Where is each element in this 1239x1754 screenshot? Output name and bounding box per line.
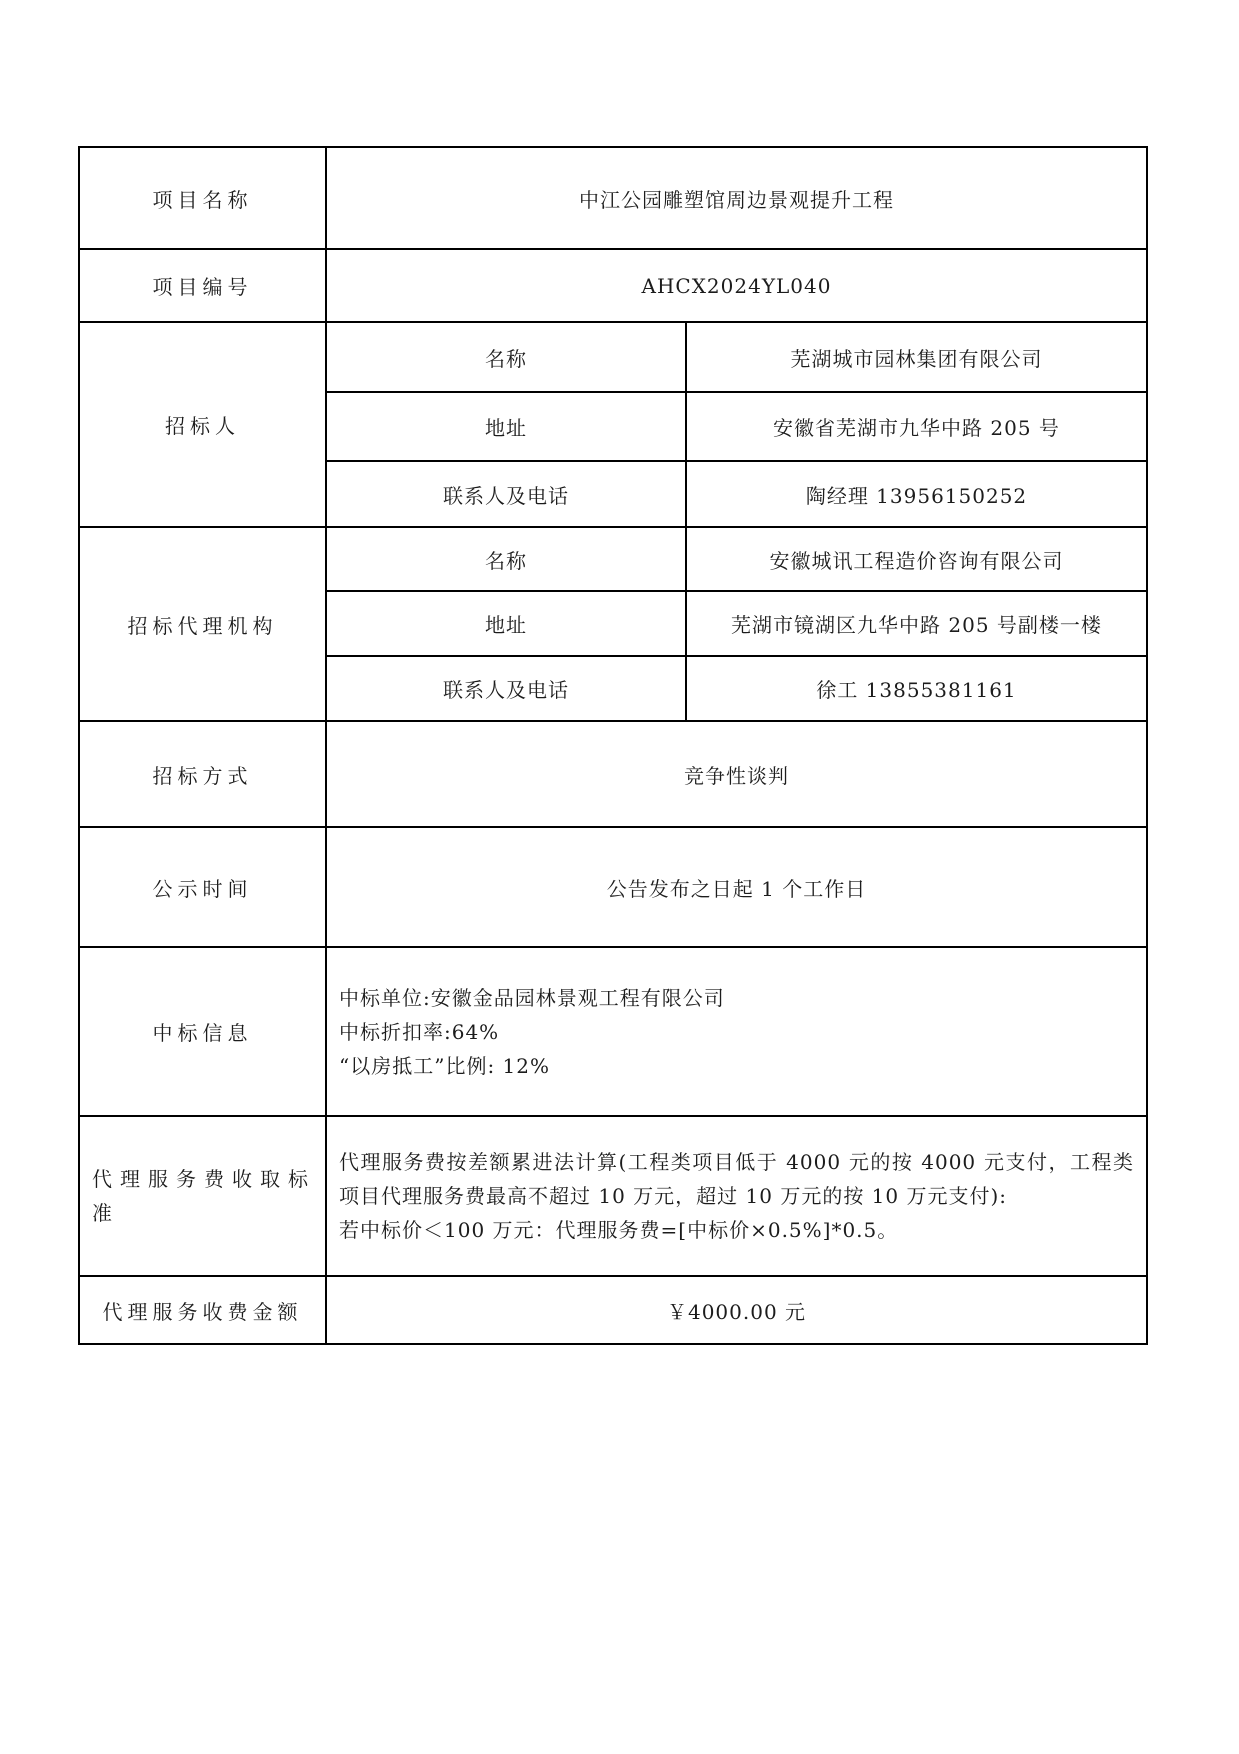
agency-address-field: 地址 [326, 591, 686, 656]
agency-name-field: 名称 [326, 527, 686, 591]
tenderer-contact-field: 联系人及电话 [326, 461, 686, 527]
bid-result-table: 项目名称 中江公园雕塑馆周边景观提升工程 项目编号 AHCX2024YL040 … [78, 146, 1148, 1345]
method-label: 招标方式 [79, 721, 326, 827]
project-number-label: 项目编号 [79, 249, 326, 322]
project-name-value: 中江公园雕塑馆周边景观提升工程 [326, 147, 1147, 249]
award-info-label: 中标信息 [79, 947, 326, 1116]
fee-standard-label: 代理服务费收取标准 [79, 1116, 326, 1276]
project-number-value: AHCX2024YL040 [326, 249, 1147, 322]
table-row: 项目名称 中江公园雕塑馆周边景观提升工程 [79, 147, 1147, 249]
agency-address-value: 芜湖市镜湖区九华中路 205 号副楼一楼 [686, 591, 1147, 656]
tenderer-address-field: 地址 [326, 392, 686, 461]
tenderer-label: 招标人 [79, 322, 326, 527]
fee-amount-value: ￥4000.00 元 [326, 1276, 1147, 1344]
table-row: 代理服务费收取标准 代理服务费按差额累进法计算(工程类项目低于 4000 元的按… [79, 1116, 1147, 1276]
table-row: 招标方式 竞争性谈判 [79, 721, 1147, 827]
agency-label: 招标代理机构 [79, 527, 326, 721]
publicity-period-value: 公告发布之日起 1 个工作日 [326, 827, 1147, 947]
agency-contact-field: 联系人及电话 [326, 656, 686, 721]
table-row: 招标代理机构 名称 安徽城讯工程造价咨询有限公司 [79, 527, 1147, 591]
fee-amount-label: 代理服务收费金额 [79, 1276, 326, 1344]
project-name-label: 项目名称 [79, 147, 326, 249]
table-row: 公示时间 公告发布之日起 1 个工作日 [79, 827, 1147, 947]
tenderer-name-value: 芜湖城市园林集团有限公司 [686, 322, 1147, 392]
table-row: 项目编号 AHCX2024YL040 [79, 249, 1147, 322]
agency-contact-value: 徐工 13855381161 [686, 656, 1147, 721]
award-info-value: 中标单位:安徽金品园林景观工程有限公司 中标折扣率:64% “以房抵工”比例: … [326, 947, 1147, 1116]
agency-name-value: 安徽城讯工程造价咨询有限公司 [686, 527, 1147, 591]
tenderer-contact-value: 陶经理 13956150252 [686, 461, 1147, 527]
method-value: 竞争性谈判 [326, 721, 1147, 827]
table-row: 中标信息 中标单位:安徽金品园林景观工程有限公司 中标折扣率:64% “以房抵工… [79, 947, 1147, 1116]
publicity-period-label: 公示时间 [79, 827, 326, 947]
document-page: 项目名称 中江公园雕塑馆周边景观提升工程 项目编号 AHCX2024YL040 … [0, 0, 1239, 1754]
table-row: 代理服务收费金额 ￥4000.00 元 [79, 1276, 1147, 1344]
tenderer-name-field: 名称 [326, 322, 686, 392]
fee-standard-value: 代理服务费按差额累进法计算(工程类项目低于 4000 元的按 4000 元支付，… [326, 1116, 1147, 1276]
table-row: 招标人 名称 芜湖城市园林集团有限公司 [79, 322, 1147, 392]
tenderer-address-value: 安徽省芜湖市九华中路 205 号 [686, 392, 1147, 461]
